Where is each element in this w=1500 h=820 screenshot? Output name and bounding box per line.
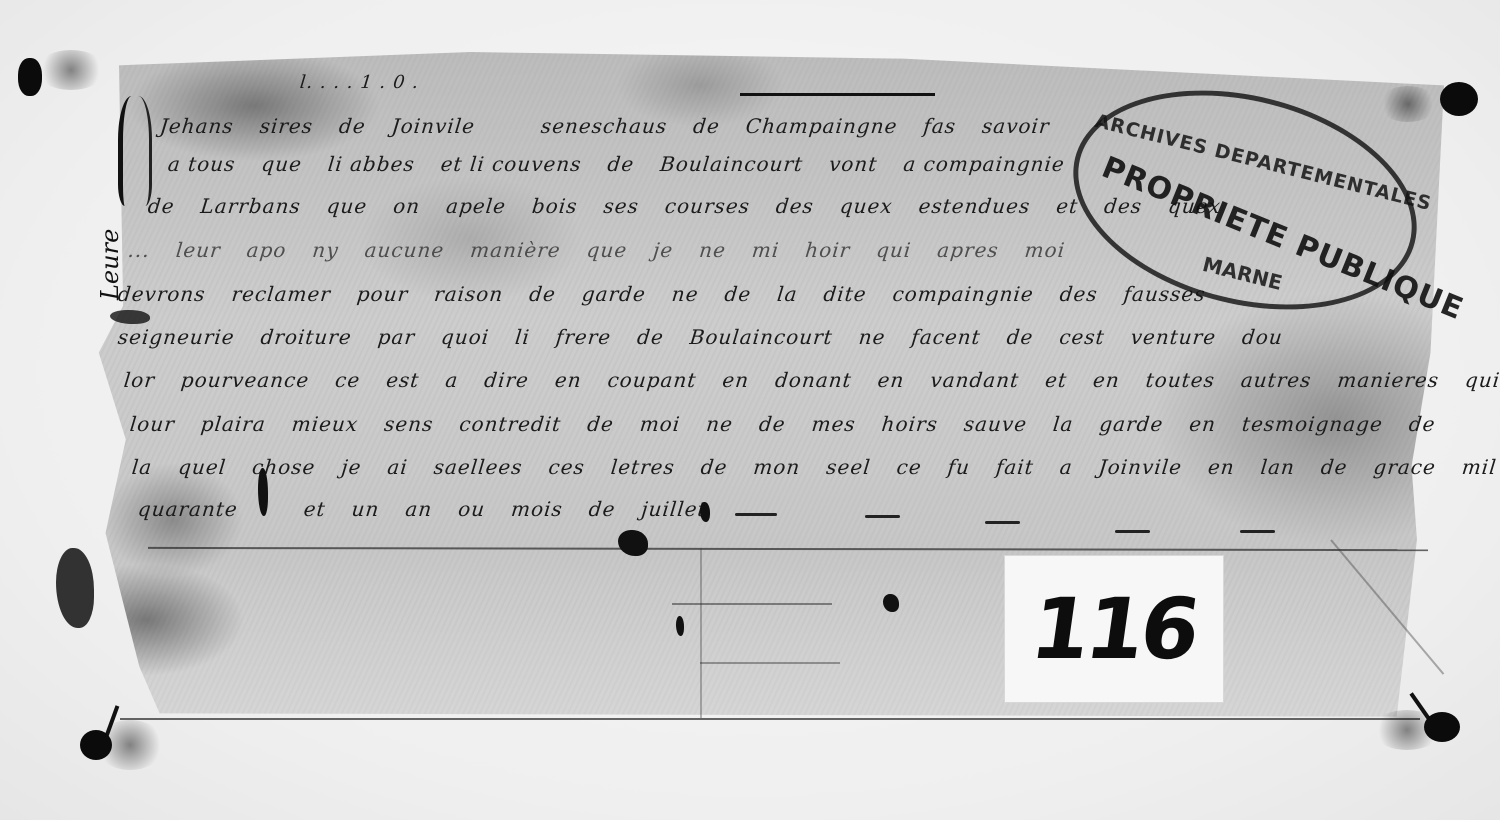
line-filler-dash — [865, 515, 900, 518]
header-rule — [740, 93, 935, 96]
charter-line-8: lourplairamieuxsenscontreditdemoinedemes… — [129, 412, 1463, 436]
charter-line-4: ...leuraponyaucunemanièrequejenemihoirqu… — [127, 238, 1093, 262]
top-annotation: l. . . . 1 . 0 . — [299, 72, 420, 93]
pin-shadow — [1378, 86, 1438, 122]
pin-shadow — [36, 50, 106, 90]
notarial-signum — [118, 96, 152, 206]
fold-line — [672, 603, 832, 605]
pin-top-left-icon — [18, 58, 42, 96]
pin-bottom-left-icon — [80, 730, 112, 760]
charter-line-9: laquelchosejeaisaelleescesletresdemonsee… — [131, 455, 1500, 479]
line-filler-dash — [985, 521, 1020, 524]
ink-blot — [700, 502, 710, 522]
fold-line — [700, 662, 840, 664]
ink-blot — [676, 616, 684, 636]
charter-line-6: seigneuriedroitureparquoilifreredeBoulai… — [117, 325, 1310, 349]
line-filler-dash — [1115, 530, 1150, 533]
catalog-number: 116 — [1025, 580, 1202, 678]
charter-line-7: lorpourveanceceestadireencoupantendonant… — [123, 368, 1500, 392]
charter-line-2: a tousqueli abbeset li couvensdeBoulainc… — [167, 152, 1092, 176]
ink-blot — [883, 594, 899, 612]
fold-crease — [700, 548, 702, 718]
charter-line-1: JehanssiresdeJoinvileseneschausdeChampai… — [159, 114, 1077, 138]
pin-bottom-right-icon — [1424, 712, 1460, 742]
pin-top-right-icon — [1440, 82, 1478, 116]
line-filler-dash — [735, 513, 777, 516]
charter-line-10: quaranteetunanoumoisdejuillet — [137, 497, 734, 521]
parchment-bottom-edge — [120, 718, 1420, 720]
line-filler-dash — [1240, 530, 1275, 533]
charter-line-5: devronsreclamerpourraisondegardenedeladi… — [117, 282, 1233, 306]
ink-blot — [258, 468, 268, 516]
catalog-number-card: 116 — [1005, 556, 1223, 702]
